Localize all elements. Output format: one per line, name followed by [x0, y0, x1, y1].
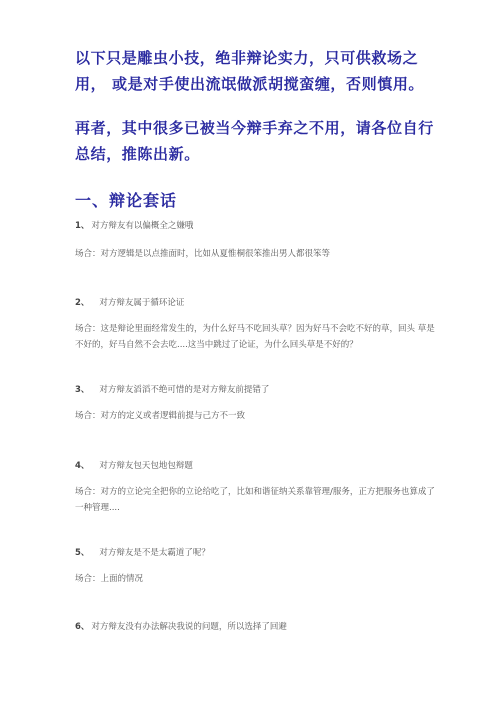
item-number: 1、 — [75, 221, 89, 231]
item-title-text: 对方辩友是不是太霸道了呢？ — [99, 548, 210, 558]
item-number: 6、 — [75, 622, 89, 632]
intro-paragraph-disclaimer: 以下只是雕虫小技，绝非辩论实力，只可供救场之用， 或是对手使出流氓做派胡搅蛮缠，… — [75, 45, 435, 97]
intro-paragraph-summary: 再者，其中很多已被当今辩手弃之不用，请各位自行总结，推陈出新。 — [75, 115, 435, 167]
item-number: 2、 — [75, 298, 89, 308]
document-page: 以下只是雕虫小技，绝非辩论实力，只可供救场之用， 或是对手使出流氓做派胡搅蛮缠，… — [0, 0, 500, 707]
item-desc-3: 场合：对方的定义或者逻辑前提与己方不一致 — [75, 408, 435, 424]
item-title-1: 1、对方辩友有以偏概全之嫌哦 — [75, 218, 435, 234]
item-desc-1: 场合：对方逻辑是以点推面时，比如从夏惟桐很笨推出男人都很笨等 — [75, 246, 435, 262]
item-desc-5: 场合：上面的情况 — [75, 571, 435, 587]
item-title-text: 对方辩友属于循环论证 — [99, 298, 184, 308]
section-heading: 一、辩论套话 — [75, 188, 177, 211]
item-title-2: 2、对方辩友属于循环论证 — [75, 295, 435, 311]
item-number: 3、 — [75, 385, 89, 395]
item-title-4: 4、对方辩友包天包地包辩题 — [75, 458, 435, 474]
item-title-text: 对方辩友有以偏概全之嫌哦 — [91, 221, 193, 231]
item-title-text: 对方辩友没有办法解决我说的问题，所以选择了回避 — [91, 622, 287, 632]
item-desc-4: 场合：对方的立论完全把你的立论给吃了，比如和谐征纳关系靠管理/服务，正方把服务也… — [75, 484, 435, 516]
item-desc-2: 场合：这是辩论里面经常发生的，为什么好马不吃回头草？因为好马不会吃不好的草，回头… — [75, 321, 435, 353]
item-number: 4、 — [75, 461, 89, 471]
item-title-text: 对方辩友滔滔不绝可惜的是对方辩友前提错了 — [99, 385, 269, 395]
item-title-6: 6、对方辩友没有办法解决我说的问题，所以选择了回避 — [75, 619, 435, 635]
item-title-5: 5、对方辩友是不是太霸道了呢？ — [75, 545, 435, 561]
item-number: 5、 — [75, 548, 89, 558]
item-title-text: 对方辩友包天包地包辩题 — [99, 461, 193, 471]
item-title-3: 3、对方辩友滔滔不绝可惜的是对方辩友前提错了 — [75, 382, 435, 398]
